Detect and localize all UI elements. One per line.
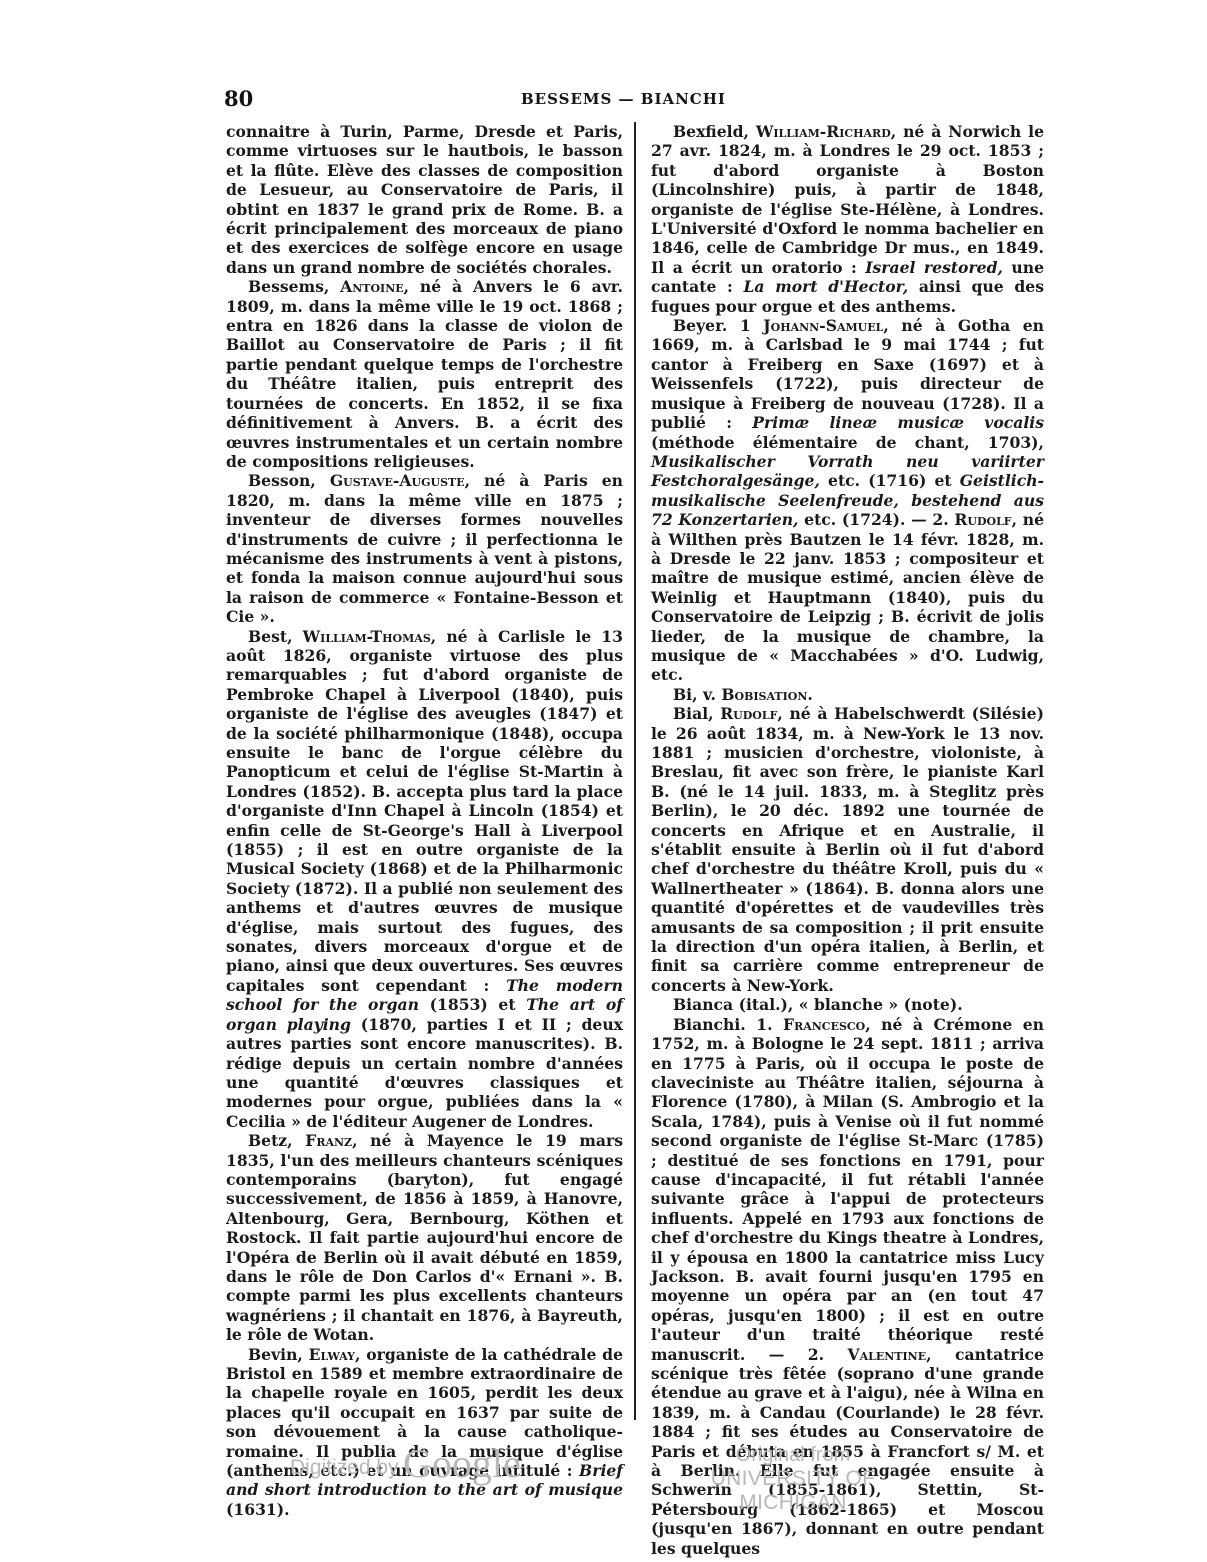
entry-bexfield: Bexfield, William-Richard, né à Norwich … [651, 122, 1044, 316]
original-from-watermark: Original from UNIVERSITY OF MICHIGAN [668, 1443, 918, 1515]
right-column: Bexfield, William-Richard, né à Norwich … [651, 122, 1044, 1558]
column-divider [634, 122, 636, 1420]
running-head: BESSEMS — BIANCHI [521, 90, 726, 108]
entry-bi: Bi, v. Bobisation. [651, 685, 1044, 704]
left-column: connaitre à Turin, Parme, Dresde et Pari… [226, 122, 623, 1519]
digitized-by-google-watermark: Digitized by Google [290, 1440, 521, 1487]
entry-besson: Besson, Gustave-Auguste, né à Paris en 1… [226, 471, 623, 626]
entry-beyer: Beyer. 1 Johann-Samuel, né à Gotha en 16… [651, 316, 1044, 685]
entry-betz: Betz, Franz, né à Mayence le 19 mars 183… [226, 1131, 623, 1344]
entry-continuation: connaitre à Turin, Parme, Dresde et Pari… [226, 122, 623, 277]
page-number: 80 [224, 86, 253, 111]
entry-best: Best, William-Thomas, né à Carlisle le 1… [226, 627, 623, 1132]
entry-bial: Bial, Rudolf, né à Habelschwerdt (Silési… [651, 704, 1044, 995]
google-logo: Google [403, 1441, 521, 1486]
entry-bevin: Bevin, Elway, organiste de la cathédrale… [226, 1345, 623, 1520]
entry-bianca: Bianca (ital.), « blanche » (note). [651, 995, 1044, 1014]
entry-bessems: Bessems, Antoine, né à Anvers le 6 avr. … [226, 277, 623, 471]
